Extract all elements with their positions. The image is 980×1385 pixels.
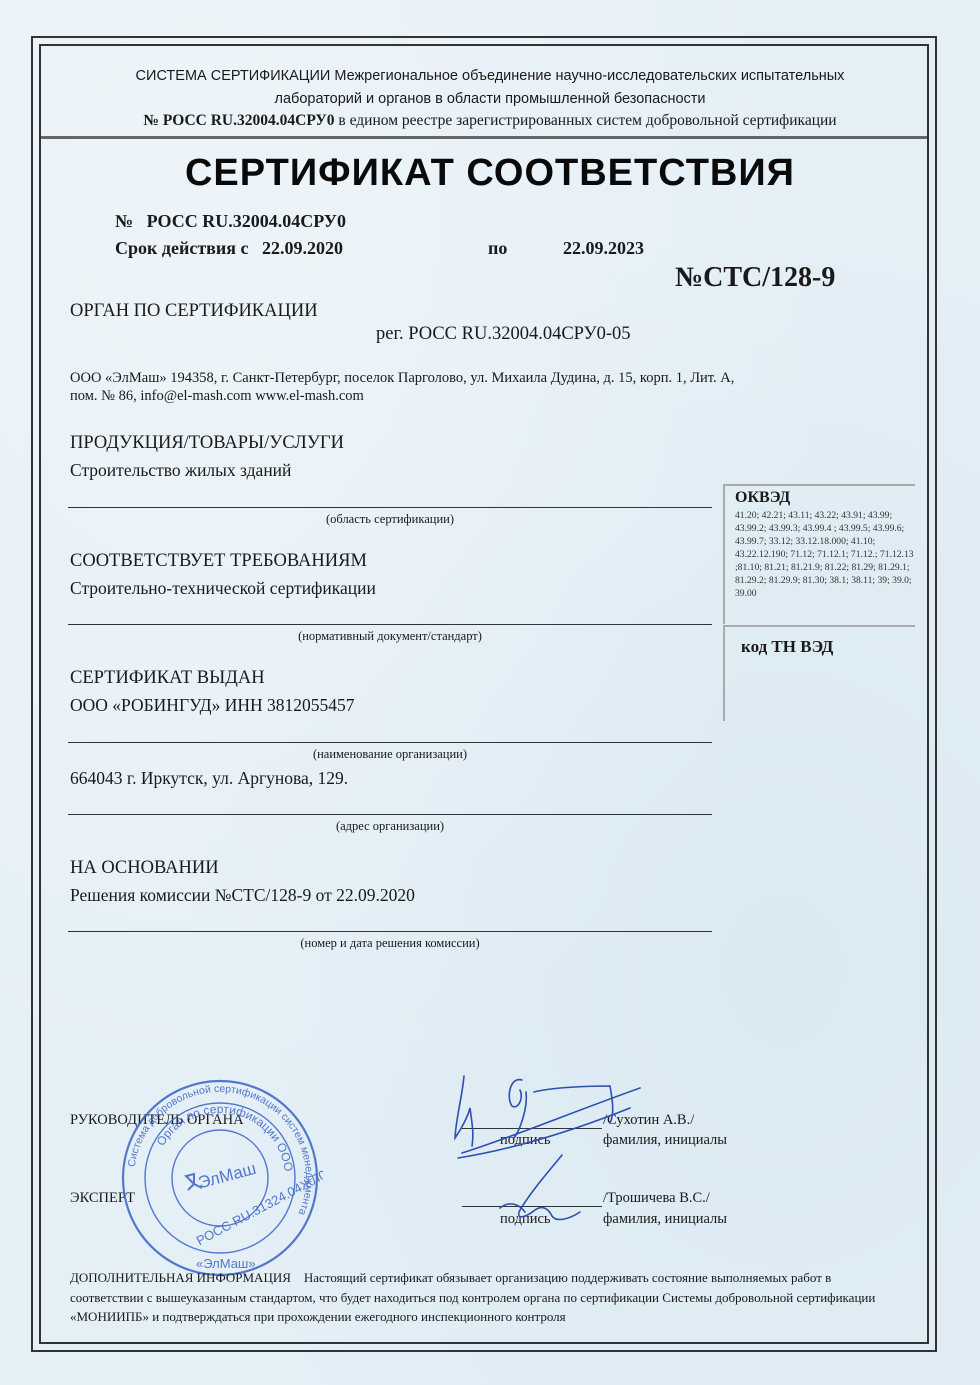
document-title: СЕРТИФИКАТ СООТВЕТСТВИЯ (40, 152, 940, 195)
issued-to-caption: (наименование организации) (68, 747, 712, 762)
certificate-number: № РОСС RU.32004.04СРУ0 (115, 211, 346, 232)
additional-info-label: ДОПОЛНИТЕЛЬНАЯ ИНФОРМАЦИЯ (70, 1270, 291, 1285)
issued-to-address: 664043 г. Иркутск, ул. Аргунова, 129. (70, 768, 348, 789)
certification-body-heading: ОРГАН ПО СЕРТИФИКАЦИИ (70, 301, 318, 322)
valid-from-date: 22.09.2020 (262, 238, 343, 258)
form-number: №СТС/128-9 (675, 262, 835, 294)
okved-box: ОКВЭД 41.20; 42.21; 43.11; 43.22; 43.91;… (723, 484, 915, 624)
requirements-caption: (нормативный документ/стандарт) (68, 629, 712, 644)
address-rule (68, 814, 712, 815)
basis-caption: (номер и дата решения комиссии) (68, 936, 712, 951)
head-signature-icon (450, 1068, 650, 1163)
requirements-rule (68, 624, 712, 625)
additional-information: ДОПОЛНИТЕЛЬНАЯ ИНФОРМАЦИЯ Настоящий серт… (70, 1268, 900, 1327)
certification-body-address-2: пом. № 86, info@el-mash.com www.el-mash.… (70, 388, 364, 405)
organization-stamp-icon: Система добровольной сертификации систем… (118, 1078, 323, 1278)
header-divider (41, 136, 927, 139)
okved-title: ОКВЭД (735, 489, 915, 507)
validity-from: Срок действия с 22.09.2020 (115, 238, 343, 259)
issued-to-value: ООО «РОБИНГУД» ИНН 3812055457 (70, 695, 355, 716)
system-header-line2: лабораторий и органов в области промышле… (40, 91, 940, 107)
products-rule (68, 507, 712, 508)
expert-signature-icon (480, 1150, 590, 1225)
svg-text:ЭлМаш: ЭлМаш (196, 1159, 258, 1193)
system-reg-number: № РОСС RU.32004.04СРУ0 (143, 112, 334, 129)
valid-to-date: 22.09.2023 (563, 238, 644, 259)
expert-name-caption: фамилия, инициалы (603, 1211, 727, 1228)
address-caption: (адрес организации) (68, 819, 712, 834)
issued-to-rule (68, 742, 712, 743)
basis-rule (68, 931, 712, 932)
products-caption: (область сертификации) (68, 512, 712, 527)
basis-value: Решения комиссии №СТС/128-9 от 22.09.202… (70, 885, 415, 906)
system-header-line3: № РОСС RU.32004.04СРУ0 в едином реестре … (40, 112, 940, 130)
issued-to-heading: СЕРТИФИКАТ ВЫДАН (70, 668, 265, 689)
tnved-box: код ТН ВЭД (723, 625, 915, 721)
expert-name: /Трошичева В.С./ (603, 1190, 710, 1207)
certification-body-address-1: ООО «ЭлМаш» 194358, г. Санкт-Петербург, … (70, 370, 734, 387)
validity-to-label: по (488, 238, 507, 259)
requirements-value: Строительно-технической сертификации (70, 578, 376, 599)
system-header-line1: СИСТЕМА СЕРТИФИКАЦИИ Межрегиональное объ… (40, 68, 940, 84)
products-heading: ПРОДУКЦИЯ/ТОВАРЫ/УСЛУГИ (70, 433, 344, 454)
tnved-title: код ТН ВЭД (741, 637, 915, 657)
basis-heading: НА ОСНОВАНИИ (70, 858, 219, 879)
certification-body-reg: рег. РОСС RU.32004.04СРУ0-05 (376, 324, 631, 345)
okved-codes: 41.20; 42.21; 43.11; 43.22; 43.91; 43.99… (735, 509, 920, 600)
products-value: Строительство жилых зданий (70, 460, 291, 481)
system-reg-text: в едином реестре зарегистрированных сист… (338, 112, 836, 129)
requirements-heading: СООТВЕТСТВУЕТ ТРЕБОВАНИЯМ (70, 551, 367, 572)
